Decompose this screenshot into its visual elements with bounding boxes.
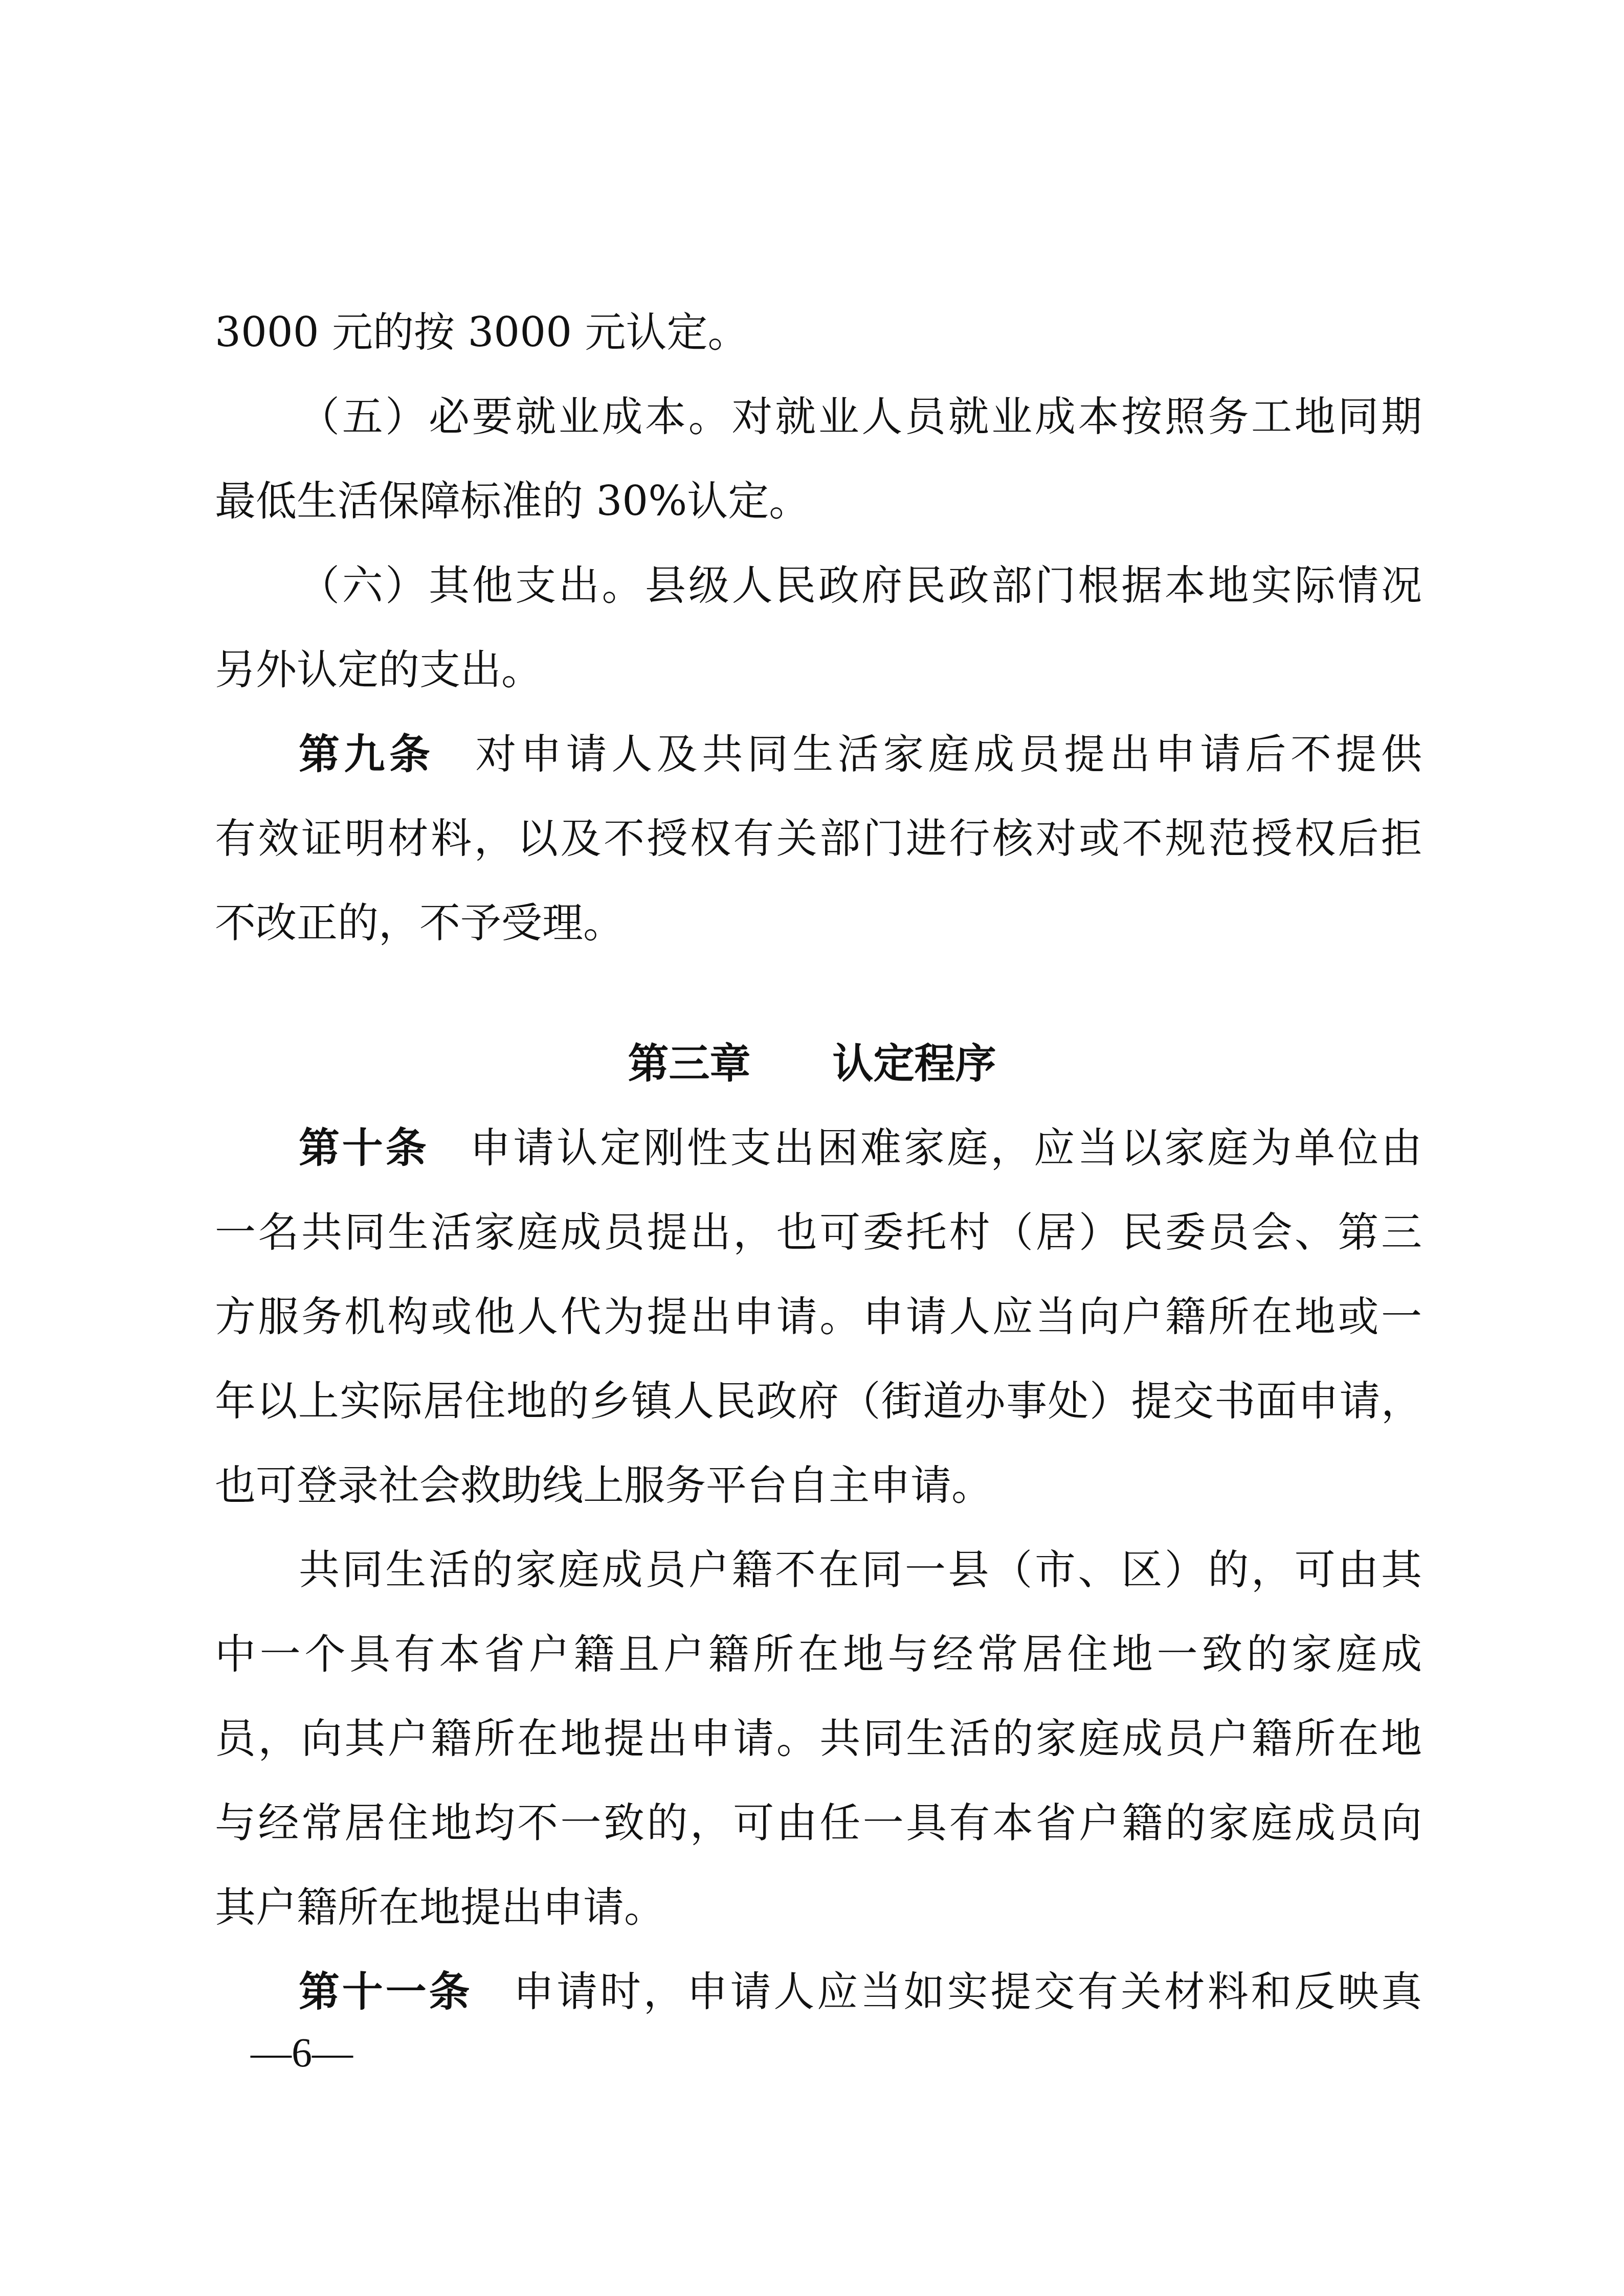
article-10-first-line: 第十条申请认定刚性支出困难家庭，应当以家庭为单位由 xyxy=(299,1120,1422,1176)
text-line: （五）必要就业成本。对就业人员就业成本按照务工地同期 xyxy=(299,389,1422,445)
text-line: 有效证明材料，以及不授权有关部门进行核对或不规范授权后拒 xyxy=(215,811,1422,867)
article-11-first-line: 第十一条申请时，申请人应当如实提交有关材料和反映真 xyxy=(299,1964,1422,2020)
text-line: 一名共同生活家庭成员提出，也可委托村（居）民委员会、第三 xyxy=(215,1204,1422,1260)
article-9-first-line: 第九条对申请人及共同生活家庭成员提出申请后不提供 xyxy=(299,726,1422,782)
text-span: 申请时，申请人应当如实提交有关材料和反映真 xyxy=(513,1968,1422,2015)
page-number: —6— xyxy=(251,2028,353,2079)
text-line: 员，向其户籍所在地提出申请。共同生活的家庭成员户籍所在地 xyxy=(215,1710,1422,1767)
text-line: 其户籍所在地提出申请。 xyxy=(215,1879,1422,1935)
chapter-heading: 第三章认定程序 xyxy=(0,1036,1624,1092)
article-9-label: 第九条 xyxy=(299,730,435,778)
text-line: 不改正的，不予受理。 xyxy=(215,895,1422,951)
text-line: 与经常居住地均不一致的，可由任一具有本省户籍的家庭成员向 xyxy=(215,1795,1422,1851)
text-line: 年以上实际居住地的乡镇人民政府（街道办事处）提交书面申请， xyxy=(215,1373,1422,1429)
chapter-number: 第三章 xyxy=(628,1040,751,1087)
text-line: 方服务机构或他人代为提出申请。申请人应当向户籍所在地或一 xyxy=(215,1289,1422,1345)
document-page: 3000 元的按 3000 元认定。 （五）必要就业成本。对就业人员就业成本按照… xyxy=(0,0,1624,2296)
text-line: （六）其他支出。县级人民政府民政部门根据本地实际情况 xyxy=(299,557,1422,614)
article-11-label: 第十一条 xyxy=(299,1968,472,2015)
text-line: 也可登录社会救助线上服务平台自主申请。 xyxy=(215,1457,1422,1514)
text-line: 另外认定的支出。 xyxy=(215,642,1422,698)
chapter-title: 认定程序 xyxy=(833,1040,996,1087)
text-line: 最低生活保障标准的 30%认定。 xyxy=(215,473,1422,529)
text-line: 3000 元的按 3000 元认定。 xyxy=(215,304,1422,361)
text-line: 共同生活的家庭成员户籍不在同一县（市、区）的，可由其 xyxy=(299,1542,1422,1598)
text-span: 对申请人及共同生活家庭成员提出申请后不提供 xyxy=(476,730,1422,778)
article-10-label: 第十条 xyxy=(299,1124,429,1172)
text-line: 中一个具有本省户籍且户籍所在地与经常居住地一致的家庭成 xyxy=(215,1626,1422,1682)
text-span: 申请认定刚性支出困难家庭，应当以家庭为单位由 xyxy=(470,1124,1422,1172)
